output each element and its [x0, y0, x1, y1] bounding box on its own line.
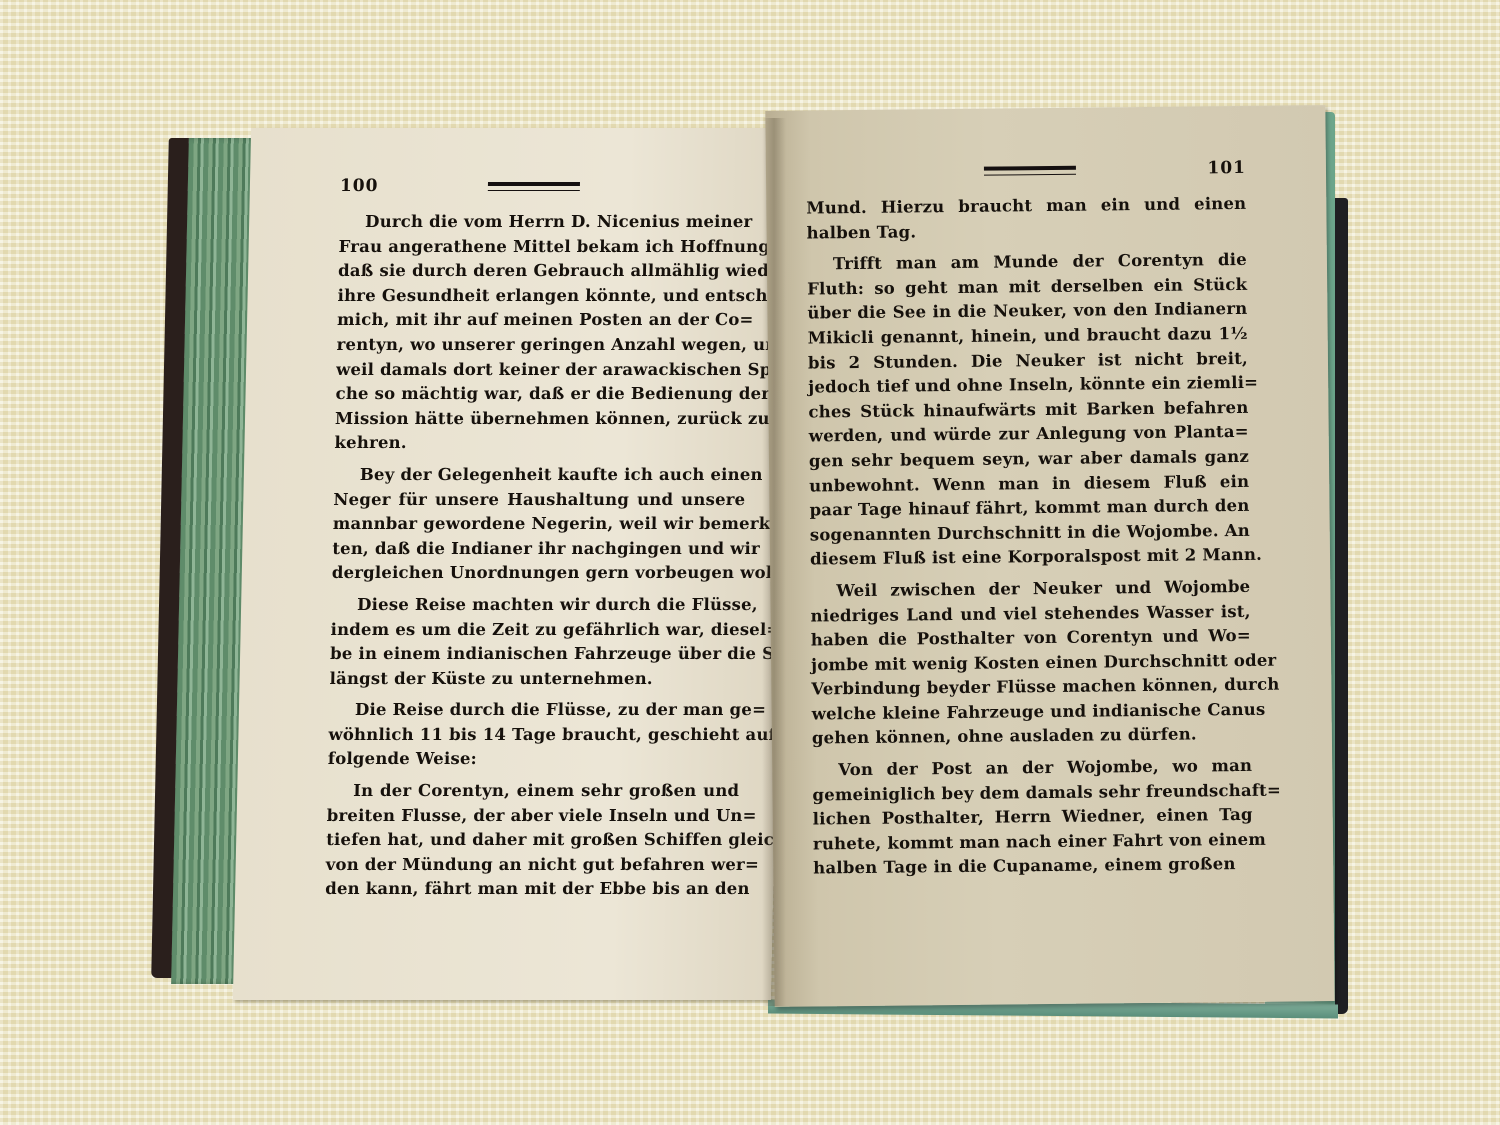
text-line: Die Reise durch die Flüsse, zu der man g… — [329, 698, 742, 723]
paragraph: Bey der Gelegenheit kaufte ich auch eine… — [332, 463, 747, 586]
text-line: Bey der Gelegenheit kaufte ich auch eine… — [334, 463, 747, 488]
header-rule-left — [488, 182, 580, 191]
header-rule-right — [984, 166, 1076, 176]
text-line: indem es um die Zeit zu gefährlich war, … — [330, 618, 743, 643]
page-number-left: 100 — [340, 176, 379, 196]
text-line: dergleichen Unordnungen gern vorbeugen w… — [332, 561, 745, 586]
paragraph: Die Reise durch die Flüsse, zu der man g… — [328, 698, 742, 772]
text-line: längst der Küste zu unternehmen. — [329, 667, 742, 692]
paragraph: Diese Reise machten wir durch die Flüsse… — [329, 593, 743, 691]
text-line: In der Corentyn, einem sehr großen und — [327, 779, 740, 804]
text-line: breiten Flusse, der aber viele Inseln un… — [326, 804, 739, 829]
text-line: halben Tag. — [806, 217, 1246, 246]
text-line: mannbar gewordene Negerin, weil wir beme… — [333, 512, 746, 537]
text-line: Mund. Hierzu braucht man ein und einen — [806, 192, 1246, 221]
left-page: 100 Durch die vom Herrn D. Nicenius mein… — [233, 128, 789, 1000]
text-line: den kann, fährt man mit der Ebbe bis an … — [325, 877, 738, 902]
right-page: 101 Mund. Hierzu braucht man ein und ein… — [765, 105, 1334, 1007]
text-line: mich, mit ihr auf meinen Posten an der C… — [337, 308, 750, 333]
text-line: ten, daß die Indianer ihr nachgingen und… — [332, 537, 745, 562]
text-line: weil damals dort keiner der arawackische… — [336, 358, 749, 383]
text-line: che so mächtig war, daß er die Bedienung… — [335, 382, 748, 407]
text-line: halben Tage in die Cupaname, einem große… — [813, 852, 1253, 881]
paragraph: Trifft man am Munde der Corentyn dieFlut… — [807, 248, 1250, 572]
paragraph: Weil zwischen der Neuker und Wojombenied… — [810, 575, 1252, 752]
text-line: Frau angerathene Mittel bekam ich Hoffnu… — [338, 235, 751, 260]
book-photo: 100 Durch die vom Herrn D. Nicenius mein… — [0, 0, 1500, 1125]
paragraph: Durch die vom Herrn D. Nicenius meinerFr… — [334, 210, 751, 456]
text-line: tiefen hat, und daher mit großen Schiffe… — [326, 828, 739, 853]
paragraph: Mund. Hierzu braucht man ein und einenha… — [806, 192, 1246, 246]
text-line: ihre Gesundheit erlangen könnte, und ent… — [337, 284, 750, 309]
text-line: Diese Reise machten wir durch die Flüsse… — [331, 593, 744, 618]
running-head-right: 101 — [806, 158, 1246, 197]
text-line: rentyn, wo unserer geringen Anzahl wegen… — [336, 333, 749, 358]
text-line: folgende Weise: — [328, 747, 741, 772]
paragraph: Von der Post an der Wojombe, wo mangemei… — [812, 754, 1253, 882]
text-line: gehen können, ohne ausladen zu dürfen. — [812, 722, 1252, 751]
text-line: daß sie durch deren Gebrauch allmählig w… — [338, 259, 751, 284]
text-line: be in einem indianischen Fahrzeuge über … — [330, 642, 743, 667]
text-line: Neger für unsere Haushaltung und unsere — [333, 488, 746, 513]
text-line: von der Mündung an nicht gut befahren we… — [325, 853, 738, 878]
text-line: Durch die vom Herrn D. Nicenius meiner — [339, 210, 752, 235]
text-line: kehren. — [334, 431, 747, 456]
paragraph: In der Corentyn, einem sehr großen undbr… — [325, 779, 740, 902]
text-line: diesem Fluß ist eine Korporalspost mit 2… — [810, 543, 1250, 572]
text-line: wöhnlich 11 bis 14 Tage braucht, geschie… — [328, 723, 741, 748]
text-line: Mission hätte übernehmen können, zurück … — [335, 407, 748, 432]
running-head-left: 100 — [339, 176, 752, 210]
book-gutter — [762, 118, 786, 1006]
left-page-body: Durch die vom Herrn D. Nicenius meinerFr… — [325, 210, 751, 902]
page-number-right: 101 — [1207, 158, 1246, 178]
right-page-body: Mund. Hierzu braucht man ein und einenha… — [806, 192, 1253, 882]
